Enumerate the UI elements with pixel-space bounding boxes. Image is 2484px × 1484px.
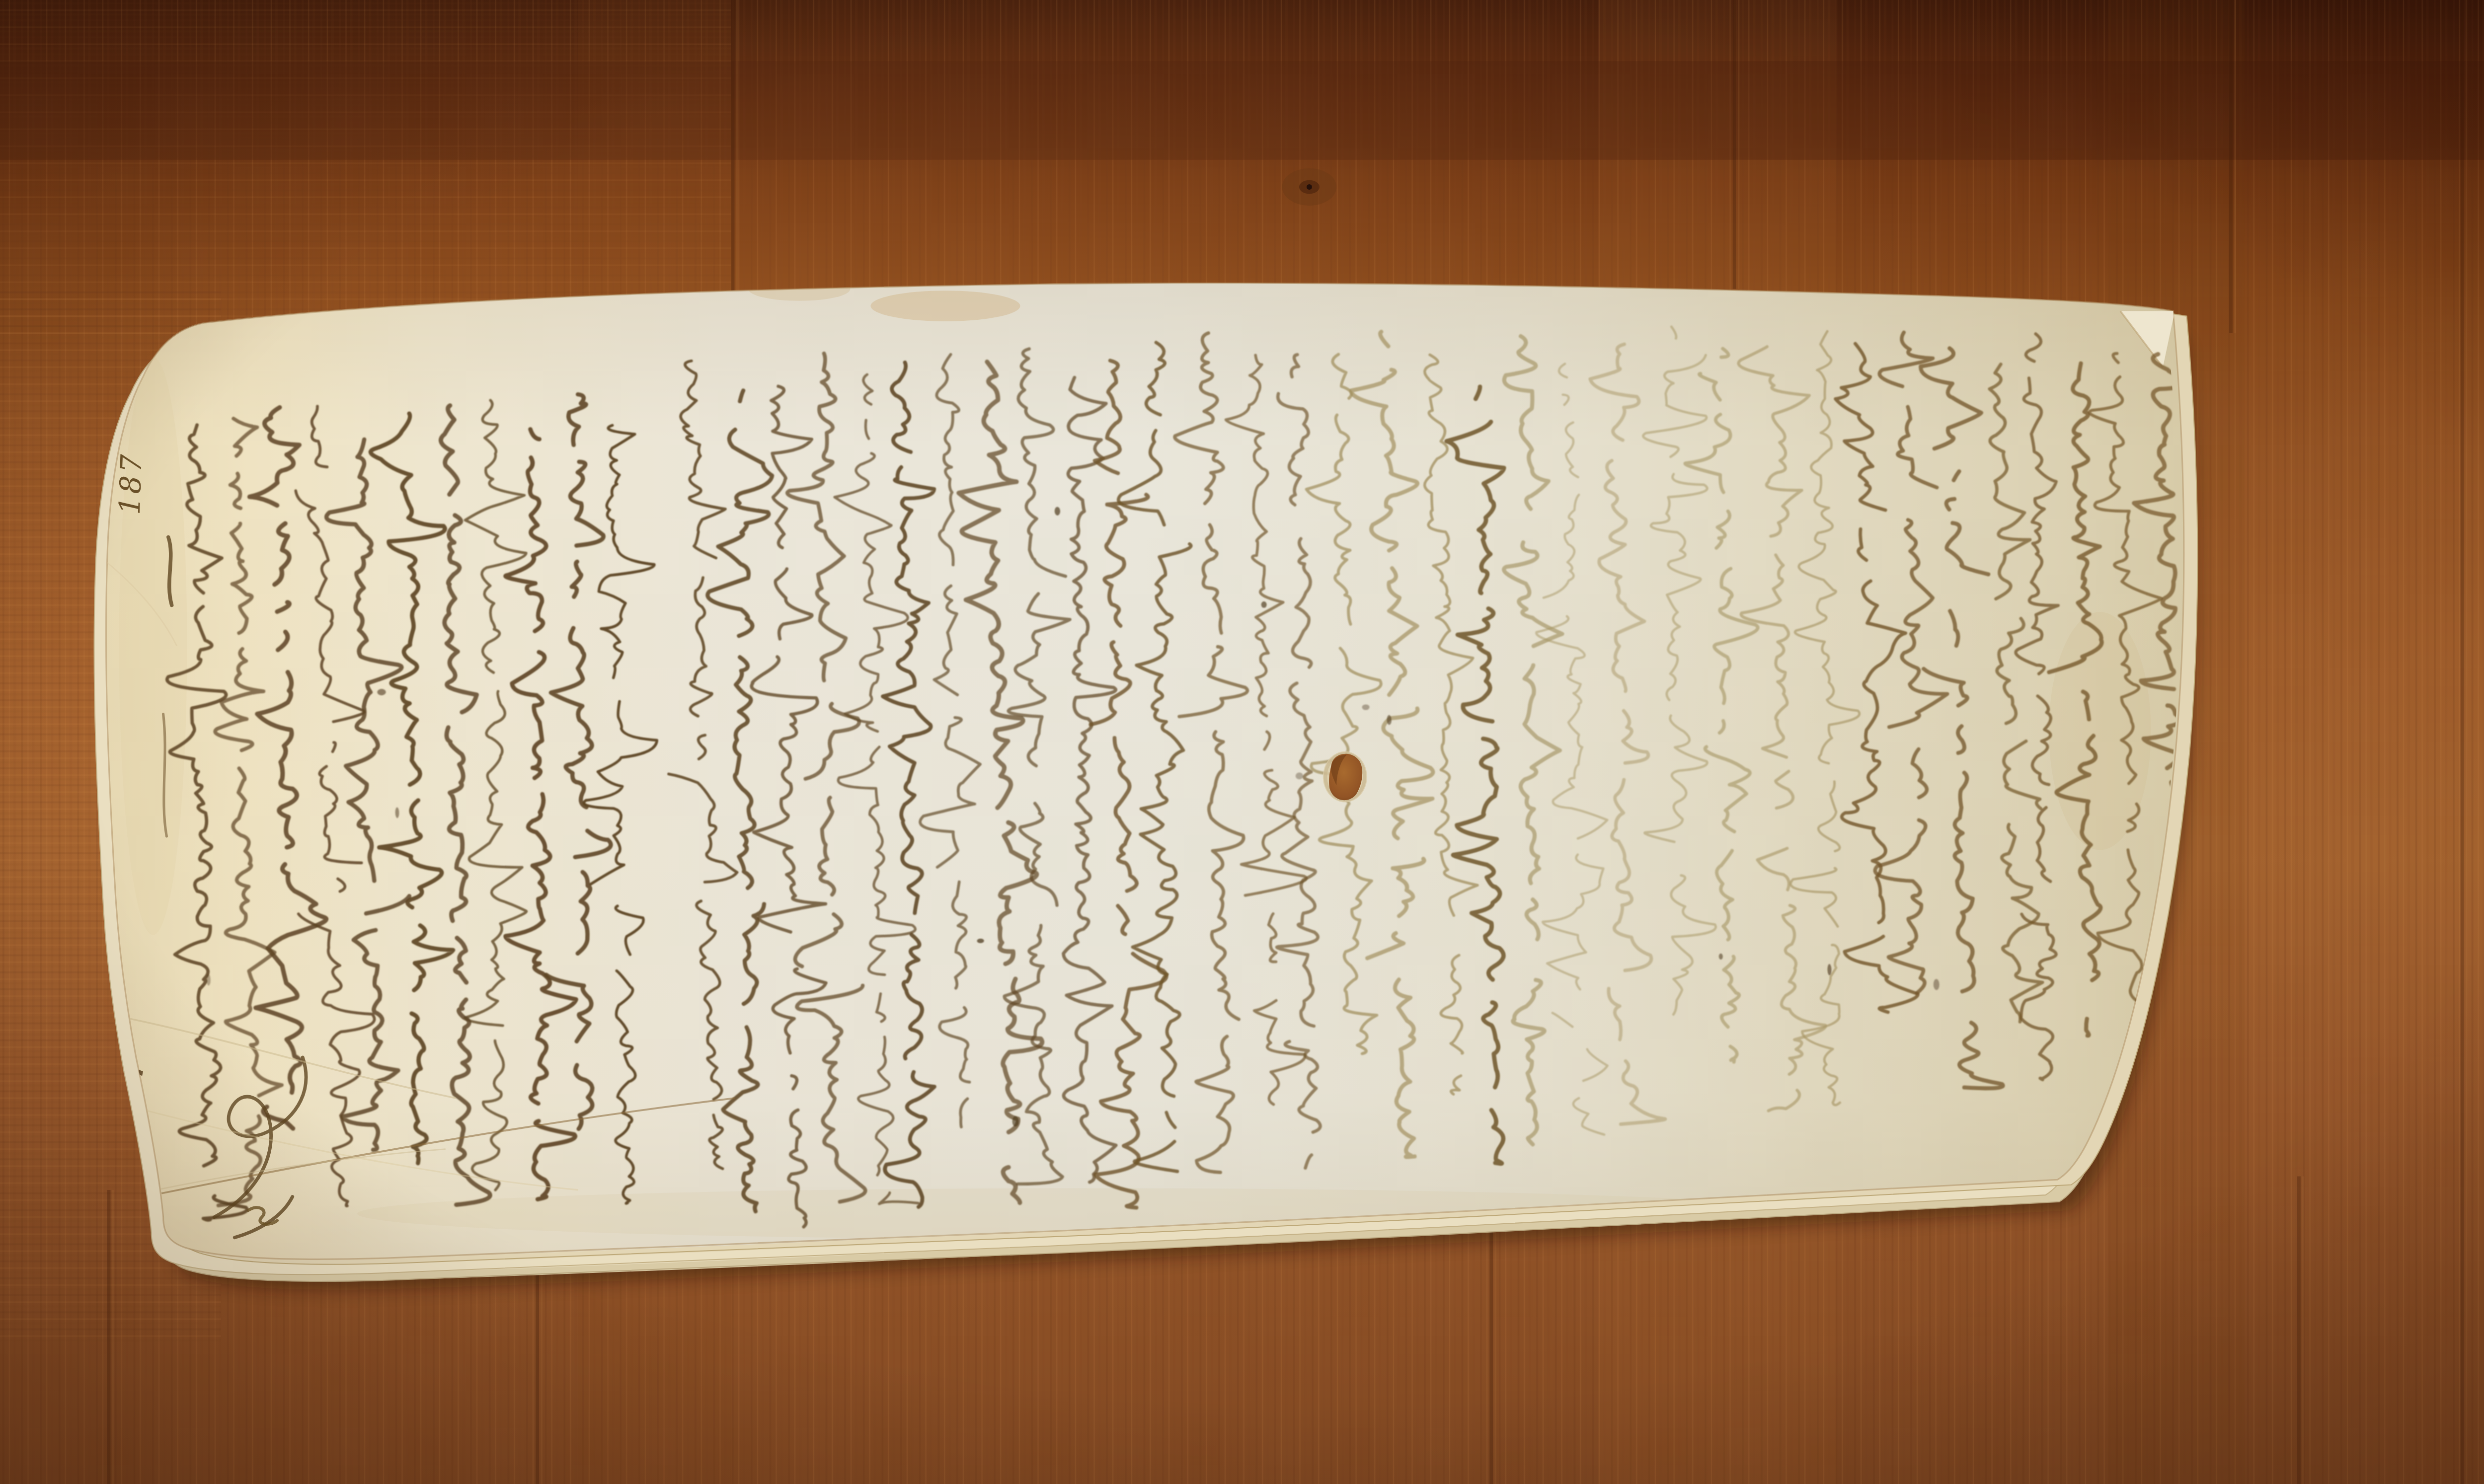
photo-scene: 187 †	[0, 0, 2484, 1484]
manuscript-photo: 187 †	[0, 0, 2484, 1484]
photo-vignette	[0, 0, 2484, 1484]
